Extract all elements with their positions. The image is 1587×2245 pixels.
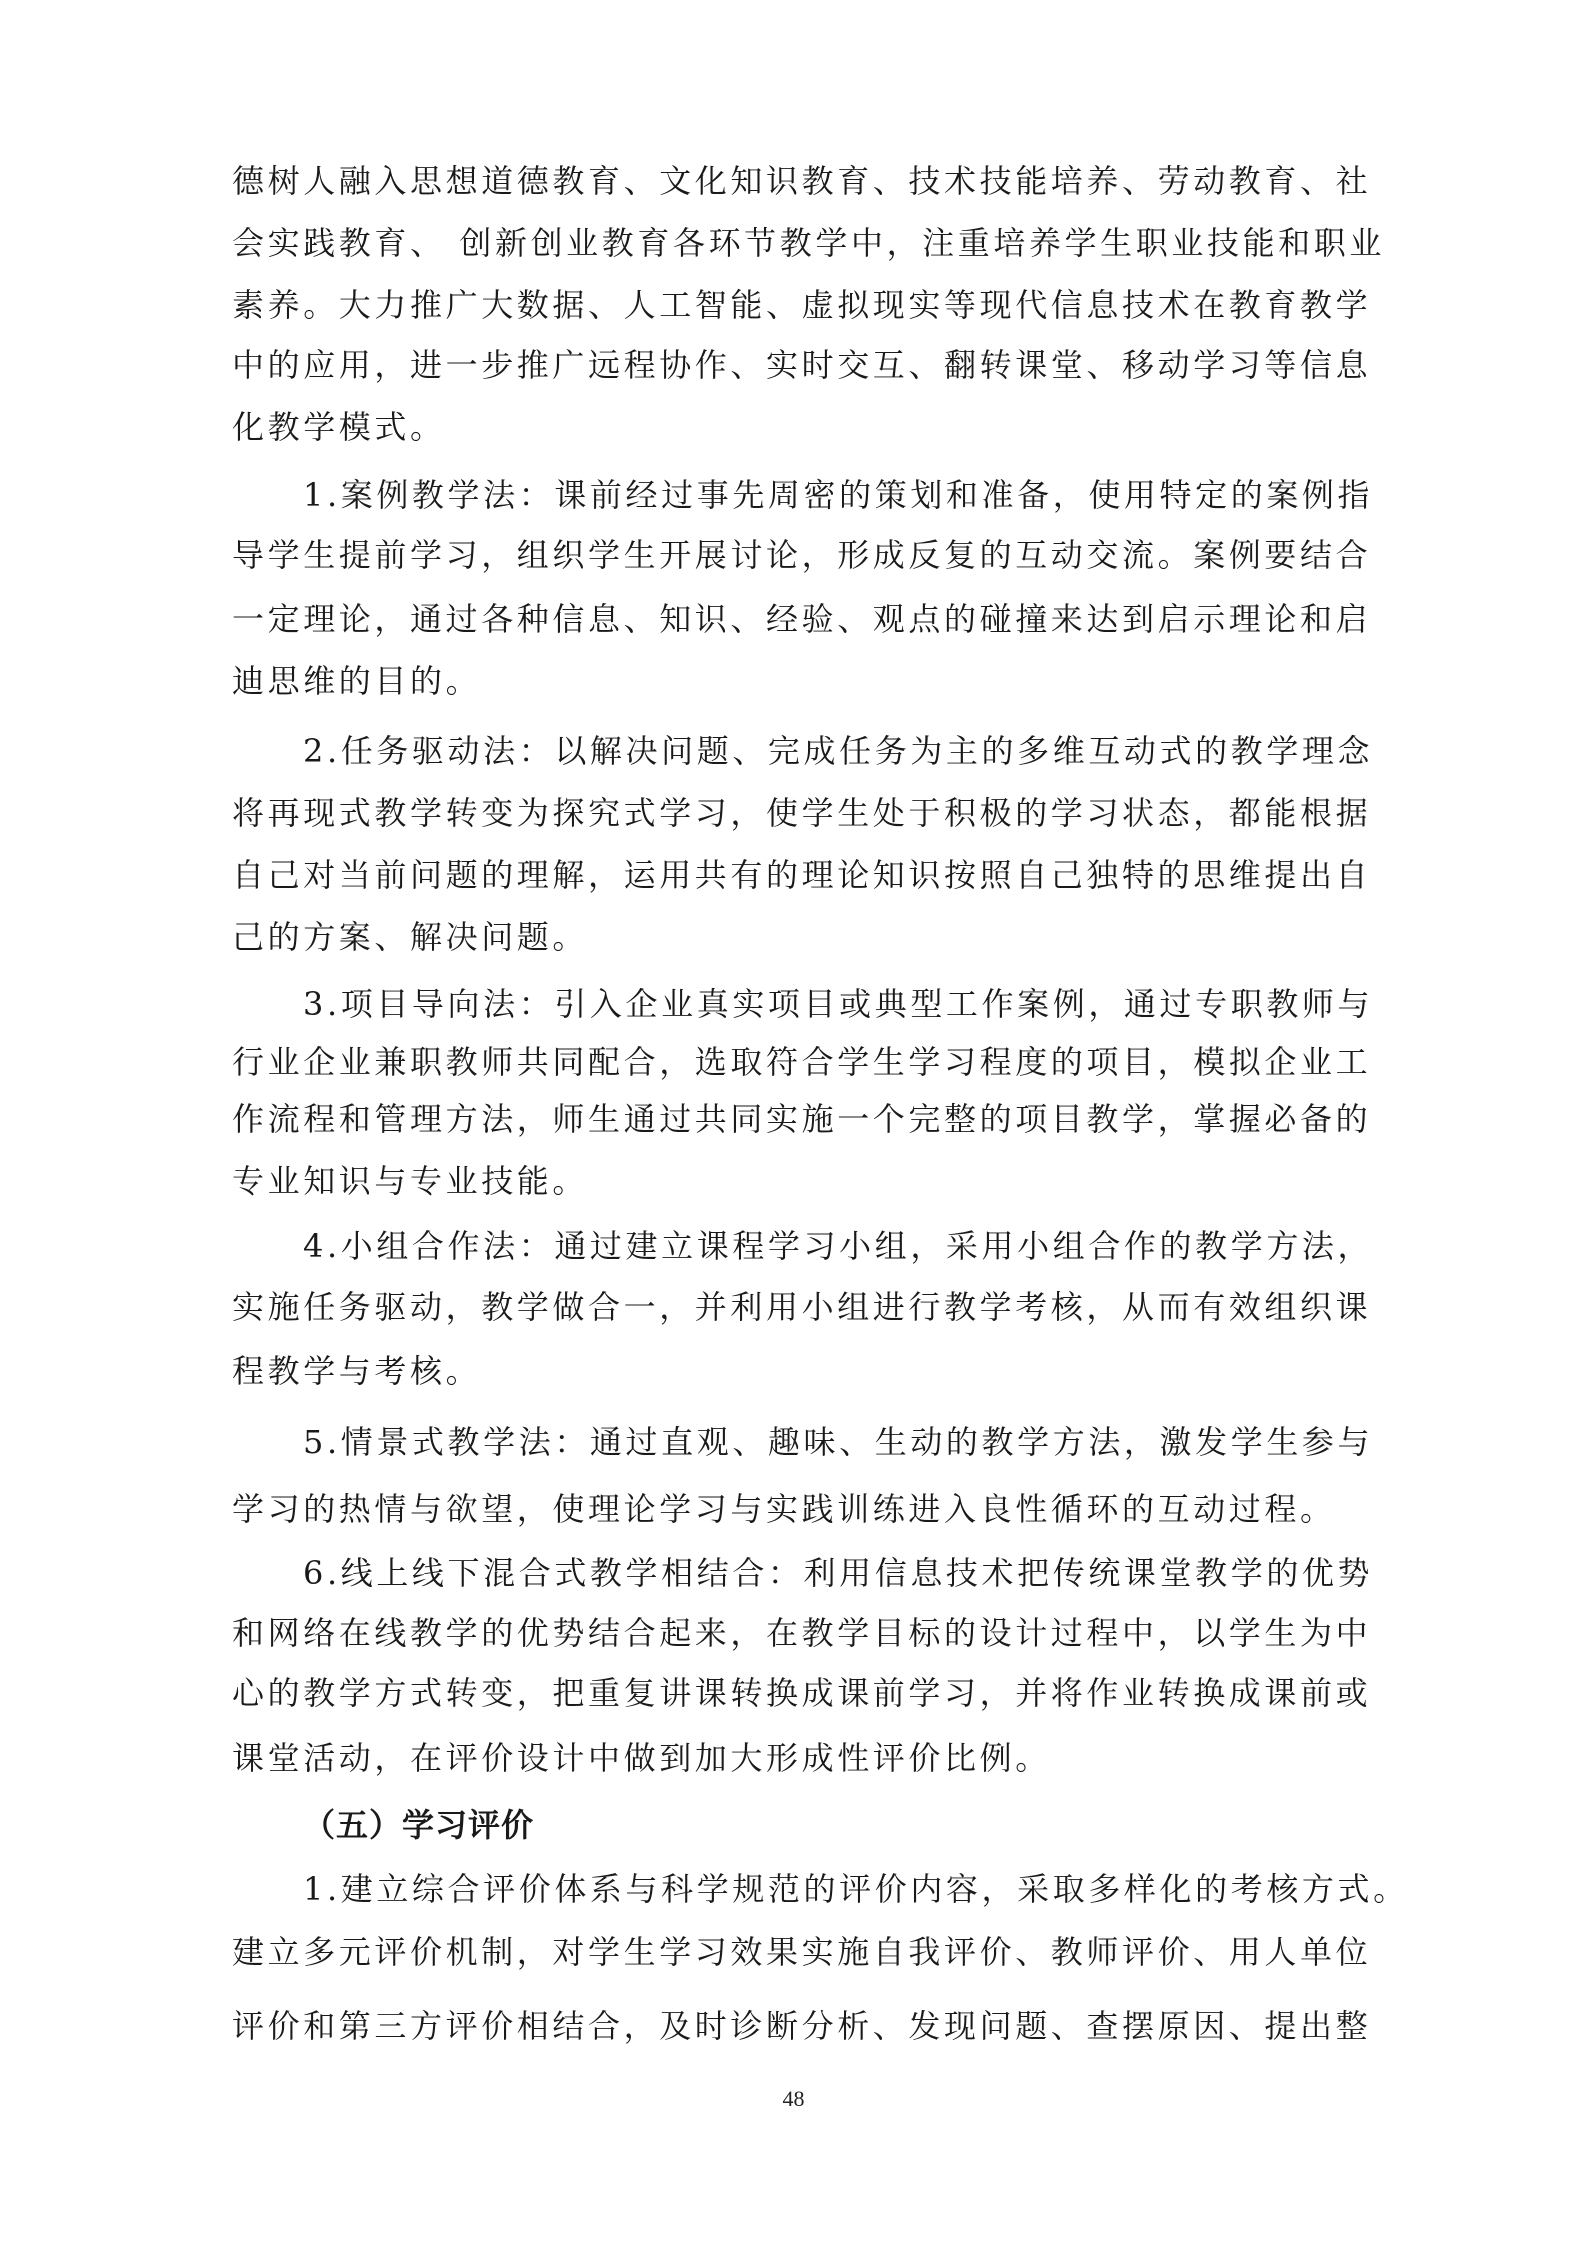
page-number: 48 — [0, 2086, 1587, 2112]
text-line: 心的教学方式转变，把重复讲课转换成课前学习，并将作业转换成课前或 — [232, 1673, 1432, 1713]
text-line: 4.小组合作法：通过建立课程学习小组，采用小组合作的教学方法， — [303, 1226, 1433, 1266]
text-line: 迪思维的目的。 — [232, 661, 1432, 701]
text-line: 评价和第三方评价相结合，及时诊断分析、发现问题、查摆原因、提出整 — [232, 2006, 1432, 2046]
text-line: 2.任务驱动法：以解决问题、完成任务为主的多维互动式的教学理念 — [303, 731, 1433, 771]
text-line: 自己对当前问题的理解，运用共有的理论知识按照自己独特的思维提出自 — [232, 855, 1432, 895]
text-line: 3.项目导向法：引入企业真实项目或典型工作案例，通过专职教师与 — [303, 984, 1433, 1024]
text-line: 课堂活动，在评价设计中做到加大形成性评价比例。 — [232, 1738, 1432, 1778]
text-line: 导学生提前学习，组织学生开展讨论，形成反复的互动交流。案例要结合 — [232, 535, 1432, 575]
text-line: 实施任务驱动，教学做合一，并利用小组进行教学考核，从而有效组织课 — [232, 1287, 1432, 1327]
text-line: 一定理论，通过各种信息、知识、经验、观点的碰撞来达到启示理论和启 — [232, 599, 1432, 639]
section-heading: （五）学习评价 — [303, 1805, 1503, 1845]
text-line: 5.情景式教学法：通过直观、趣味、生动的教学方法，激发学生参与 — [303, 1422, 1433, 1462]
text-line: 专业知识与专业技能。 — [232, 1161, 1432, 1201]
text-line: 己的方案、解决问题。 — [232, 917, 1432, 957]
text-line: 化教学模式。 — [232, 407, 1432, 447]
text-line: 行业企业兼职教师共同配合，选取符合学生学习程度的项目，模拟企业工 — [232, 1042, 1432, 1082]
document-page: 德树人融入思想道德教育、文化知识教育、技术技能培养、劳动教育、社会实践教育、 创… — [0, 0, 1587, 2245]
text-line: 德树人融入思想道德教育、文化知识教育、技术技能培养、劳动教育、社 — [232, 161, 1432, 201]
text-line: 和网络在线教学的优势结合起来，在教学目标的设计过程中，以学生为中 — [232, 1613, 1432, 1653]
text-line: 素养。大力推广大数据、人工智能、虚拟现实等现代信息技术在教育教学 — [232, 285, 1432, 325]
text-line: 会实践教育、 创新创业教育各环节教学中，注重培养学生职业技能和职业 — [232, 223, 1432, 263]
text-line: 将再现式教学转变为探究式学习，使学生处于积极的学习状态，都能根据 — [232, 793, 1432, 833]
text-line: 建立多元评价机制，对学生学习效果实施自我评价、教师评价、用人单位 — [232, 1932, 1432, 1972]
text-line: 6.线上线下混合式教学相结合：利用信息技术把传统课堂教学的优势 — [303, 1553, 1433, 1593]
text-line: 作流程和管理方法，师生通过共同实施一个完整的项目教学，掌握必备的 — [232, 1099, 1432, 1139]
text-line: 程教学与考核。 — [232, 1351, 1432, 1391]
text-line: 1.案例教学法：课前经过事先周密的策划和准备，使用特定的案例指 — [303, 475, 1433, 515]
text-line: 学习的热情与欲望，使理论学习与实践训练进入良性循环的互动过程。 — [232, 1489, 1432, 1529]
text-line: 中的应用，进一步推广远程协作、实时交互、翻转课堂、移动学习等信息 — [232, 345, 1432, 385]
text-line: 1.建立综合评价体系与科学规范的评价内容，采取多样化的考核方式。 — [303, 1869, 1433, 1909]
